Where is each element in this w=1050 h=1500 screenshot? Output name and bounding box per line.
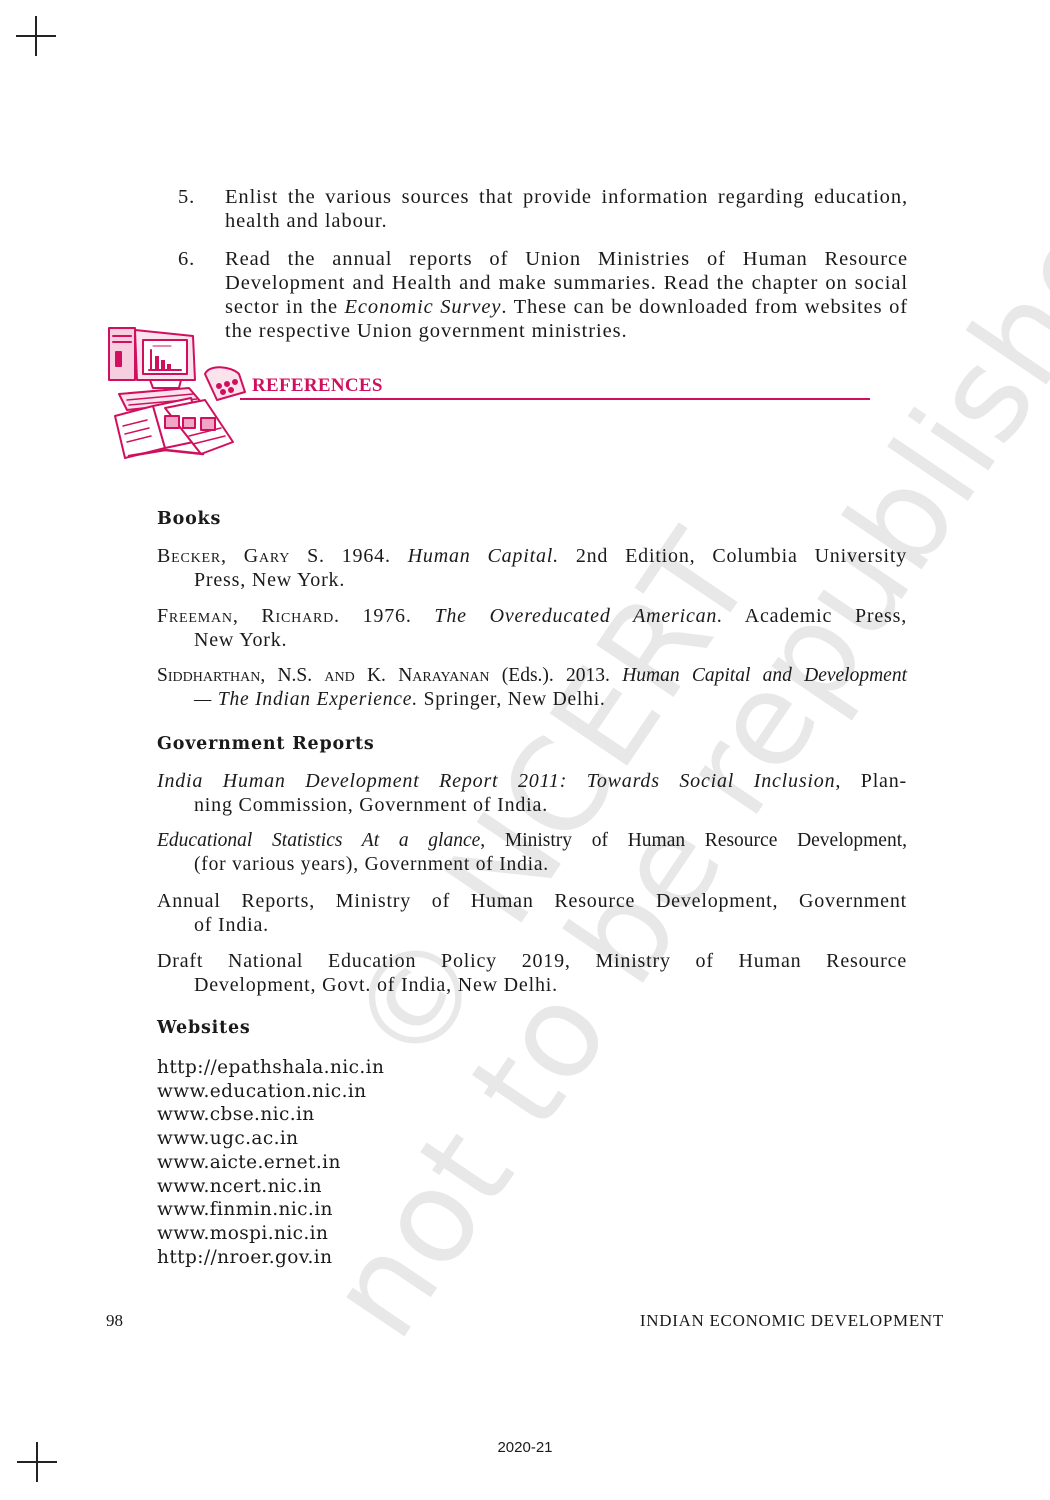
book-title: Human Capital and Development: [622, 665, 907, 686]
publisher-continued: New York.: [157, 628, 907, 652]
year: (Eds.). 2013.: [490, 665, 623, 686]
report-reference: Draft National Education Policy 2019, Mi…: [157, 949, 907, 997]
website-link[interactable]: http://nroer.gov.in: [157, 1246, 384, 1270]
question-text: Read the annual reports of Union Ministr…: [225, 247, 908, 343]
book-title: The Overeducated American.: [434, 605, 723, 627]
references-heading: REFERENCES: [252, 375, 383, 397]
book-reference: Freeman, Richard. 1976. The Overeducated…: [157, 604, 907, 652]
question-text: Enlist the various sources that provide …: [225, 185, 908, 233]
author: Siddharthan, N.S. and K. Narayanan: [157, 665, 490, 686]
website-link[interactable]: www.finmin.nic.in: [157, 1198, 384, 1222]
year: S. 1964.: [290, 545, 408, 567]
book-reference: Siddharthan, N.S. and K. Narayanan (Eds.…: [157, 664, 907, 712]
website-link[interactable]: www.aicte.ernet.in: [157, 1151, 384, 1175]
computer-books-icon: [105, 322, 250, 464]
running-footer-title: INDIAN ECONOMIC DEVELOPMENT: [640, 1311, 944, 1331]
book-subtitle: — The Indian Experience.: [194, 689, 418, 710]
websites-list: http://epathshala.nic.in www.education.n…: [157, 1056, 384, 1269]
author: Freeman, Richard: [157, 605, 334, 627]
book-title: Human Capital.: [408, 545, 559, 567]
question-text-italic: Economic Survey: [345, 296, 502, 318]
report-reference: Educational Statistics At a glance, Mini…: [157, 829, 907, 877]
question-6: 6. Read the annual reports of Union Mini…: [178, 247, 908, 343]
report-title: Educational Statistics At a glance: [157, 830, 480, 851]
publisher: Academic Press,: [723, 605, 907, 627]
website-link[interactable]: http://epathshala.nic.in: [157, 1056, 384, 1080]
year: . 1976.: [334, 605, 434, 627]
website-link[interactable]: www.ugc.ac.in: [157, 1127, 384, 1151]
website-link[interactable]: www.cbse.nic.in: [157, 1103, 384, 1127]
edition-year: 2020-21: [0, 1439, 1050, 1456]
report-reference: Annual Reports, Ministry of Human Resour…: [157, 889, 907, 937]
question-number: 6.: [178, 247, 195, 271]
website-link[interactable]: www.ncert.nic.in: [157, 1175, 384, 1199]
report-publisher-continued: ning Commission, Government of India.: [157, 793, 907, 817]
publisher: 2nd Edition, Columbia University: [559, 545, 907, 567]
page-number: 98: [106, 1311, 123, 1331]
government-reports-heading: Government Reports: [157, 734, 375, 754]
report-publisher-continued: (for various years), Government of India…: [157, 853, 907, 877]
report-title: Annual Reports, Ministry of Human Resour…: [157, 889, 907, 913]
report-publisher-continued: Development, Govt. of India, New Delhi.: [157, 973, 907, 997]
books-heading: Books: [157, 509, 221, 529]
report-publisher: , Plan-: [835, 770, 907, 792]
book-reference: Becker, Gary S. 1964. Human Capital. 2nd…: [157, 544, 907, 592]
report-title: India Human Development Report 2011: Tow…: [157, 770, 835, 792]
websites-heading: Websites: [157, 1018, 251, 1038]
website-link[interactable]: www.education.nic.in: [157, 1080, 384, 1104]
report-reference: India Human Development Report 2011: Tow…: [157, 769, 907, 817]
publisher: Springer, New Delhi.: [418, 689, 606, 710]
report-publisher-continued: of India.: [157, 913, 907, 937]
question-number: 5.: [178, 185, 195, 209]
author: Becker, Gary: [157, 545, 290, 567]
report-title: Draft National Education Policy 2019, Mi…: [157, 949, 907, 973]
question-5: 5. Enlist the various sources that provi…: [178, 185, 908, 233]
website-link[interactable]: www.mospi.nic.in: [157, 1222, 384, 1246]
report-publisher: , Ministry of Human Resource Development…: [480, 830, 907, 851]
crop-mark-top-left: [16, 16, 56, 56]
publisher-continued: Press, New York.: [157, 568, 907, 592]
references-divider: [240, 398, 870, 400]
